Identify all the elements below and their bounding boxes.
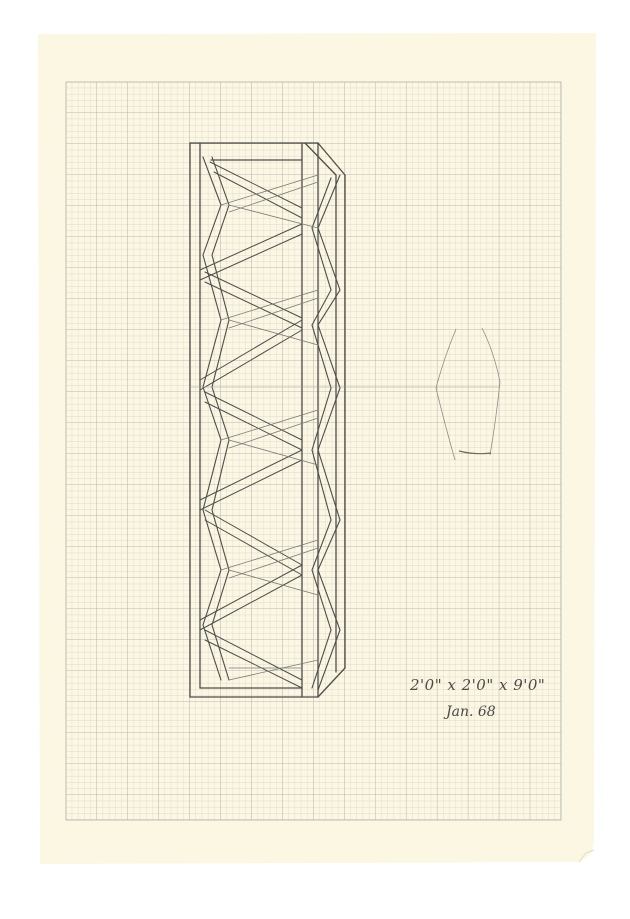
- dimensions-annotation: 2'0" x 2'0" x 9'0": [410, 676, 545, 694]
- artwork-canvas: 2'0" x 2'0" x 9'0" Jan. 68: [0, 0, 630, 919]
- date-annotation: Jan. 68: [446, 704, 496, 720]
